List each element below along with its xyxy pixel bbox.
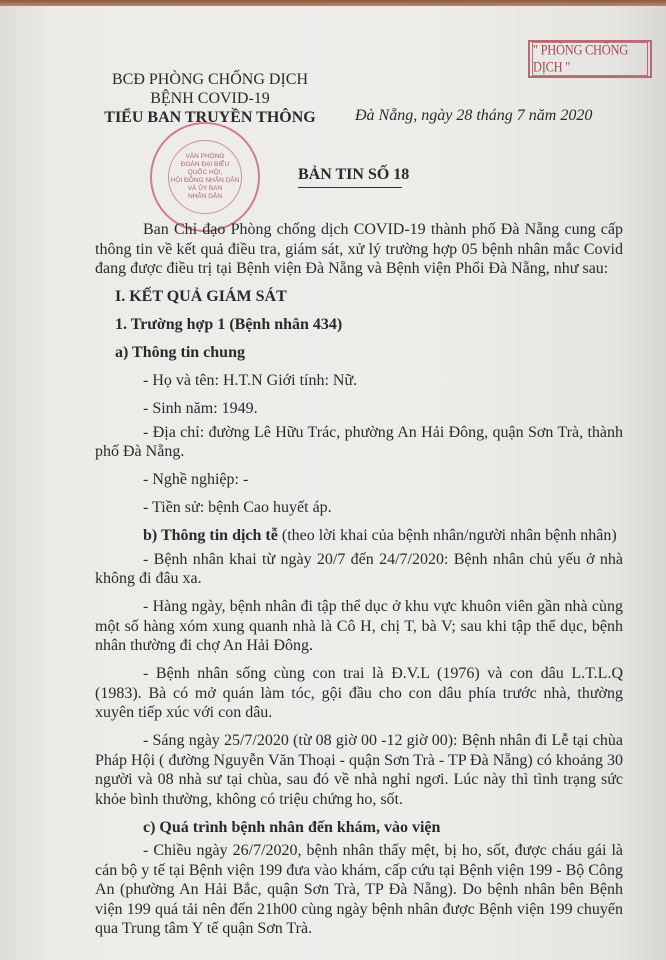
prevention-stamp-label: " PHÒNG CHỐNG DỊCH "	[532, 42, 648, 77]
epidemiology-heading-bold: b) Thông tin dịch tễ	[143, 527, 278, 544]
seal-line: VÀ ỦY BAN	[188, 185, 223, 193]
section-heading: I. KẾT QUẢ GIÁM SÁT	[95, 287, 623, 307]
admission-item: - Chiều ngày 26/7/2020, bệnh nhân thấy m…	[95, 841, 623, 939]
epidemiology-heading: b) Thông tin dịch tễ (theo lời khai của …	[95, 526, 623, 546]
epidemiology-heading-note: (theo lời khai của bệnh nhân/người nhân …	[278, 527, 617, 544]
epidemiology-item: - Sáng ngày 25/7/2020 (từ 08 giờ 00 -12 …	[95, 731, 623, 809]
admission-heading: c) Quá trình bệnh nhân đến khám, vào việ…	[95, 818, 623, 838]
document-body: Ban Chỉ đạo Phòng chống dịch COVID-19 th…	[95, 220, 623, 939]
title-underline	[298, 187, 402, 188]
org-line-1: BCĐ PHÒNG CHỐNG DỊCH	[90, 70, 330, 89]
document-page: " PHÒNG CHỐNG DỊCH " BCĐ PHÒNG CHỐNG DỊC…	[0, 6, 666, 960]
epidemiology-item: - Hàng ngày, bệnh nhân đi tập thể dục ở …	[95, 597, 623, 656]
patient-occupation: - Nghề nghiệp: -	[95, 470, 623, 490]
epidemiology-item: - Bệnh nhân sống cùng con trai là Đ.V.L …	[95, 664, 623, 723]
seal-inner-text: VĂN PHÒNG ĐOÀN ĐẠI BIỂU QUỐC HỘI, HỘI ĐỒ…	[168, 140, 242, 214]
seal-line: QUỐC HỘI,	[188, 169, 223, 177]
seal-line: NHÂN DÂN	[188, 193, 222, 201]
epidemiology-item: - Bệnh nhân khai từ ngày 20/7 đến 24/7/2…	[95, 550, 623, 589]
general-info-heading: a) Thông tin chung	[95, 343, 623, 363]
seal-line: ĐOÀN ĐẠI BIỂU	[181, 161, 229, 169]
org-line-2: BỆNH COVID-19	[90, 89, 330, 108]
official-seal-icon: VĂN PHÒNG ĐOÀN ĐẠI BIỂU QUỐC HỘI, HỘI ĐỒ…	[150, 122, 260, 232]
patient-birth-year: - Sinh năm: 1949.	[95, 399, 623, 419]
issuing-organization: BCĐ PHÒNG CHỐNG DỊCH BỆNH COVID-19 TIỂU …	[90, 70, 330, 127]
intro-paragraph: Ban Chỉ đạo Phòng chống dịch COVID-19 th…	[95, 220, 623, 279]
patient-name: - Họ và tên: H.T.N Giới tính: Nữ.	[95, 371, 623, 391]
patient-history: - Tiền sử: bệnh Cao huyết áp.	[95, 498, 623, 518]
seal-line: VĂN PHÒNG	[185, 153, 224, 161]
patient-address: - Địa chỉ: đường Lê Hữu Trác, phường An …	[95, 423, 623, 462]
document-date: Đà Nẵng, ngày 28 tháng 7 năm 2020	[355, 107, 592, 125]
case-heading: 1. Trường hợp 1 (Bệnh nhân 434)	[95, 315, 623, 335]
bulletin-title: BẢN TIN SỐ 18	[298, 166, 409, 184]
prevention-stamp: " PHÒNG CHỐNG DỊCH "	[528, 40, 652, 78]
seal-line: HỘI ĐỒNG NHÂN DÂN	[171, 177, 240, 185]
